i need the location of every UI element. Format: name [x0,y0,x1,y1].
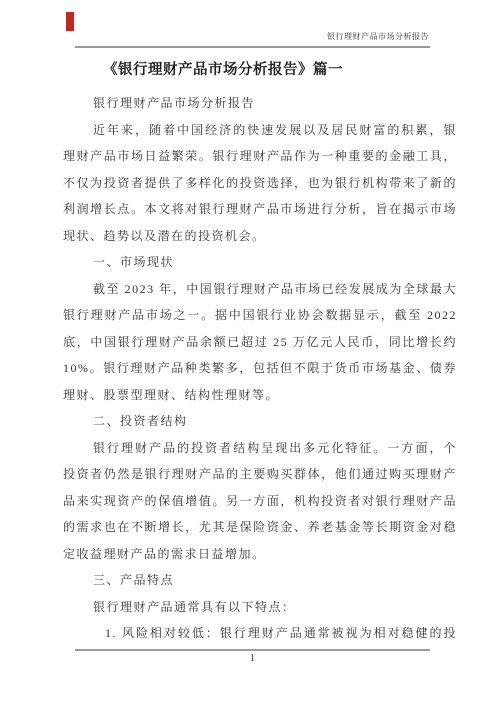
text-line: 现状、趋势以及潜在的投资机会。 [63,223,457,250]
text-line: 底，中国银行理财产品余额已超过 25 万亿元人民币，同比增长约 [63,329,457,356]
text-line: 银行理财产品通常具有以下特点： [63,594,457,621]
text-line: 的需求也在不断增长，尤其是保险资金、养老基金等长期资金对稳 [63,514,457,541]
red-bookmark-mark [66,12,74,31]
text-line: 银行理财产品市场之一。据中国银行业协会数据显示，截至 2022 年 [63,302,457,329]
footer-divider [75,649,430,651]
text-line: 理财产品市场日益繁荣。银行理财产品作为一种重要的金融工具， [63,143,457,170]
text-line: 截至 2023 年，中国银行理财产品市场已经发展成为全球最大的 [63,276,457,303]
section-heading: 一、市场现状 [63,249,457,276]
header-title: 银行理财产品市场分析报告 [327,32,429,41]
section-heading: 三、产品特点 [63,567,457,594]
text-line: 1. 风险相对较低：银行理财产品通常被视为相对稳健的投 [63,620,457,647]
text-line: 理财、股票型理财、结构性理财等。 [63,382,457,409]
document-page: 银行理财产品市场分析报告 《银行理财产品市场分析报告》篇一 银行理财产品市场分析… [0,0,500,707]
document-body: 银行理财产品市场分析报告 近年来，随着中国经济的快速发展以及居民财富的积累，银行… [63,90,457,647]
text-line: 银行理财产品市场分析报告 [63,90,457,117]
text-line: 10%。银行理财产品种类繁多，包括但不限于货币市场基金、债券型 [63,355,457,382]
header-divider [75,46,430,48]
page-number: 1 [75,652,430,666]
text-line: 银行理财产品的投资者结构呈现出多元化特征。一方面，个人 [63,435,457,462]
text-line: 品来实现资产的保值增值。另一方面，机构投资者对银行理财产品 [63,488,457,515]
section-heading: 二、投资者结构 [63,408,457,435]
text-line: 定收益理财产品的需求日益增加。 [63,541,457,568]
document-title: 《银行理财产品市场分析报告》篇一 [63,58,457,82]
page-header: 银行理财产品市场分析报告 [75,30,429,44]
text-line: 投资者仍然是银行理财产品的主要购买群体，他们通过购买理财产 [63,461,457,488]
text-line: 利润增长点。本文将对银行理财产品市场进行分析，旨在揭示市场 [63,196,457,223]
text-line: 近年来，随着中国经济的快速发展以及居民财富的积累，银行 [63,117,457,144]
text-line: 不仅为投资者提供了多样化的投资选择，也为银行机构带来了新的 [63,170,457,197]
